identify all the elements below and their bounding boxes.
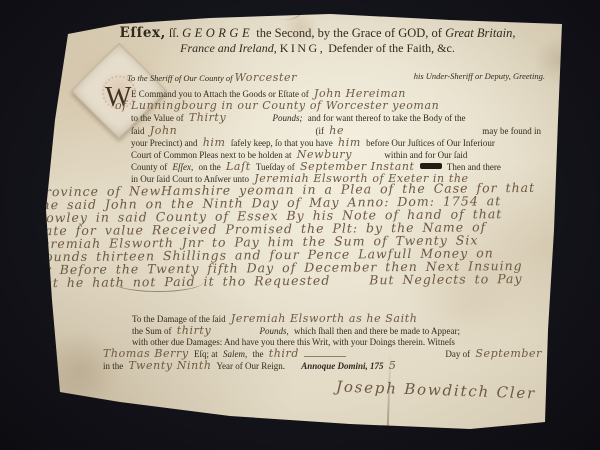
- header-line-2: France and Ireland, KING, Defender of th…: [85, 41, 550, 56]
- handwritten-day: third: [269, 347, 299, 360]
- clerk-signature: Joseph Bowditch Cler: [336, 378, 537, 403]
- writ-body: E Command you to Attach the Goods or Eſt…: [131, 88, 544, 186]
- photo-background: Eſſex, ſſ. GEORGE the Second, by the Gra…: [0, 0, 600, 450]
- king-name: GEORGE: [182, 26, 253, 40]
- print-text: the: [252, 349, 263, 359]
- print-text: which ſhall then and there be made to Ap…: [294, 326, 460, 336]
- writ-text: Eſſex, ſſ. GEORGE the Second, by the Gra…: [0, 0, 600, 450]
- print-text: Then and there: [447, 162, 501, 172]
- handwritten-pronoun: him: [203, 136, 226, 149]
- print-text: with other due Damages: And have you the…: [132, 337, 455, 347]
- print-text: the Sum of: [132, 326, 172, 336]
- damage-line-5: in the Twenty Ninth Year of Our Reign. A…: [103, 360, 548, 372]
- ink-blot-redaction: [420, 163, 442, 169]
- handwritten-plaintiff-name: Jeremiah Elsworth as he Saith: [231, 312, 418, 325]
- print-text: your Precinct) and: [131, 138, 197, 148]
- print-text-italic: Annoque Domini, 175: [301, 361, 383, 371]
- handwritten-pronoun: him: [338, 136, 361, 149]
- parchment-document: Eſſex, ſſ. GEORGE the Second, by the Gra…: [0, 0, 600, 450]
- handwritten-year-digit: 5: [389, 359, 397, 372]
- handwritten-court-place: Newbury: [297, 148, 352, 161]
- damage-line-2: the Sum of thirty Pounds, which ſhall th…: [103, 325, 548, 337]
- body-line-4-left: ſaid John: [131, 125, 180, 137]
- print-text-italic: Eſſex,: [173, 162, 194, 172]
- print-text: ſafely keep, ſo that you have: [231, 138, 333, 148]
- handwritten-defendant-name: John Hereiman: [314, 87, 406, 100]
- header-realm-2: France and Ireland,: [180, 41, 277, 55]
- ss-abbrev: ſſ.: [169, 26, 179, 40]
- handwritten-month: September Instant: [300, 160, 415, 173]
- handwritten-pronoun: he: [329, 124, 344, 137]
- body-line-4-mid: (if he: [316, 125, 348, 137]
- county-heading: Eſſex,: [120, 25, 166, 41]
- print-text: to the Value of: [131, 113, 184, 123]
- handwritten-county: Worcester: [235, 71, 297, 84]
- print-text: and for want thereof to take the Body of…: [308, 113, 466, 123]
- header-line-1: Eſſex, ſſ. GEORGE the Second, by the Gra…: [85, 25, 550, 41]
- handwritten-month: September: [475, 347, 542, 360]
- handwritten-residence: of Lunningbourg in our County of Worcest…: [115, 99, 439, 112]
- handwritten-value: Thirty: [189, 111, 226, 124]
- pen-flourish: [112, 271, 204, 292]
- handwritten-regnal-year: Twenty Ninth: [129, 359, 212, 372]
- print-text-italic: Pounds,: [260, 326, 289, 336]
- print-text: Tueſday of: [256, 162, 295, 172]
- print-text: may be found in: [482, 125, 541, 137]
- salutation-left: To the Sheriff of Our County of Worceste…: [127, 71, 297, 84]
- print-text: Day of: [445, 349, 470, 359]
- pen-stroke: [304, 350, 346, 357]
- king-word: KING,: [280, 41, 326, 55]
- print-text: Eſq; at: [194, 349, 218, 359]
- handwritten-damage-sum: thirty: [177, 324, 212, 337]
- print-text-italic: Salem,: [223, 349, 247, 359]
- body-line-4: ſaid John (if he may be found in: [131, 125, 544, 137]
- print-text: County of: [131, 162, 167, 172]
- damage-line-1: To the Damage of the ſaid Jeremiah Elswo…: [103, 313, 548, 325]
- body-line-3: to the Value of Thirty Pounds; and for w…: [131, 112, 544, 124]
- header-line-2-end: Defender of the Faith, &c.: [328, 41, 455, 55]
- print-text: in the: [103, 361, 123, 371]
- header-line-1-mid: the Second, by the Grace of GOD, of: [256, 26, 442, 40]
- salutation-line: To the Sheriff of Our County of Worceste…: [127, 71, 545, 84]
- print-text: E Command you to Attach the Goods or Eſt…: [131, 89, 309, 99]
- document-header: Eſſex, ſſ. GEORGE the Second, by the Gra…: [85, 25, 550, 56]
- print-text: before Our Juſtices of Our Inferiour: [366, 138, 495, 148]
- salutation-print-2: his Under-Sheriff or Deputy, Greeting.: [414, 71, 545, 84]
- handwritten-first-name: John: [150, 124, 178, 137]
- handwritten-ordinal: Laſt: [226, 160, 251, 173]
- header-realm-1: Great Britain,: [445, 26, 515, 40]
- damage-clause: To the Damage of the ſaid Jeremiah Elswo…: [103, 313, 548, 372]
- print-text-italic: Pounds;: [273, 113, 303, 123]
- print-text: (if: [316, 126, 325, 136]
- print-text: on the: [199, 162, 221, 172]
- print-text: Court of Common Pleas next to be holden …: [131, 150, 291, 160]
- print-text: Year of Our Reign.: [216, 361, 285, 371]
- witness-right: Day of September: [445, 348, 545, 360]
- plea-text: But Neglects to Pay: [369, 271, 522, 287]
- print-text: ſaid: [131, 126, 145, 136]
- print-text: To the Damage of the ſaid: [132, 314, 226, 324]
- print-text: within and for Our ſaid: [384, 150, 467, 160]
- salutation-print-1: To the Sheriff of Our County of: [127, 73, 232, 83]
